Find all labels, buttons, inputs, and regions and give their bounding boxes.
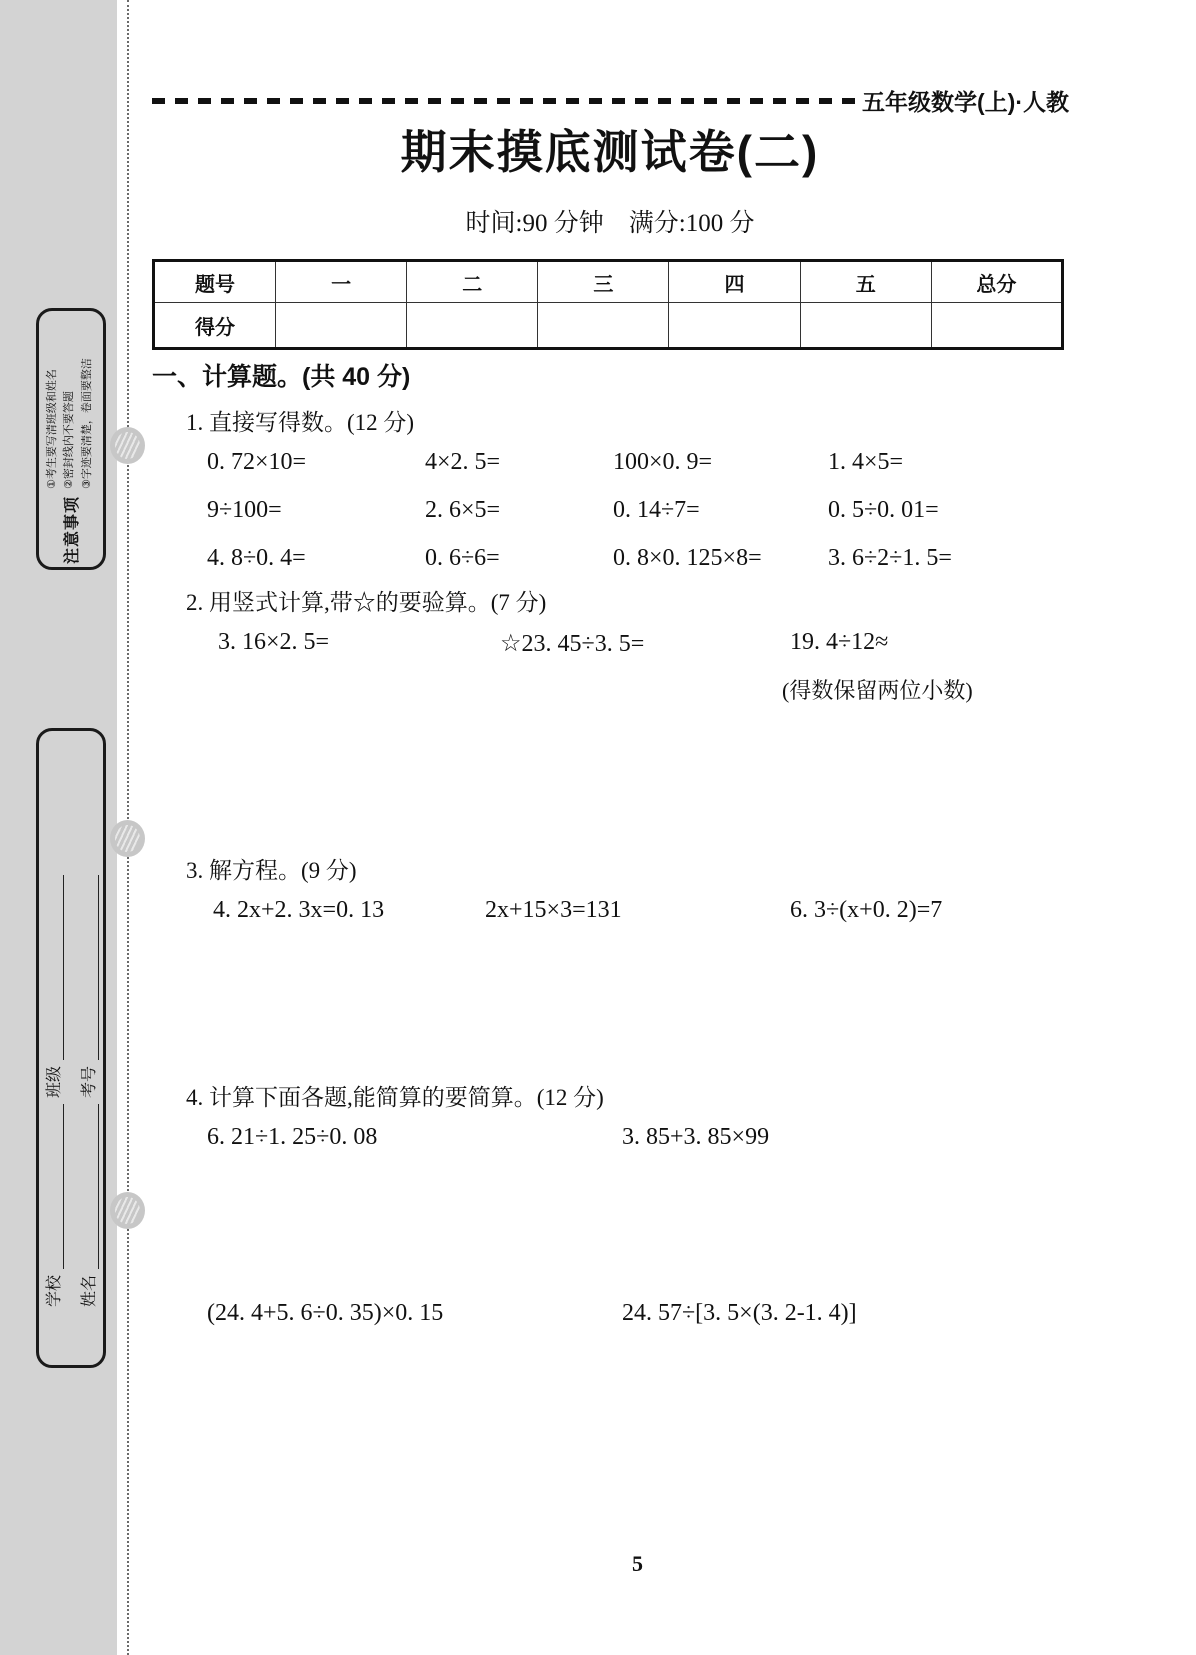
dashed-rule bbox=[152, 98, 857, 104]
q4-expression-row2: (24. 4+5. 6÷0. 35)×0. 15 24. 57÷[3. 5×(3… bbox=[207, 1300, 857, 1327]
equation: 2x+15×3=131 bbox=[485, 897, 790, 924]
score-cell bbox=[276, 303, 407, 349]
score-table-header-cell: 四 bbox=[669, 261, 800, 303]
score-table-header-cell: 一 bbox=[276, 261, 407, 303]
notice-item: ①考生要写清班级和姓名 bbox=[44, 358, 61, 489]
score-cell bbox=[538, 303, 669, 349]
score-table-header-row: 题号 一 二 三 四 五 总分 bbox=[154, 261, 1063, 303]
score-cell bbox=[407, 303, 538, 349]
exam-no-blank-line bbox=[80, 875, 99, 1060]
math-expression: ☆23. 45÷3. 5= bbox=[500, 629, 790, 658]
header-rule: 五年级数学(上)·人教 bbox=[152, 84, 1069, 117]
school-field-label: 学校 bbox=[41, 1275, 64, 1307]
score-table: 题号 一 二 三 四 五 总分 得分 bbox=[152, 259, 1064, 350]
equation: 4. 2x+2. 3x=0. 13 bbox=[213, 897, 485, 924]
math-expression: 4×2. 5= bbox=[425, 449, 613, 476]
math-expression: 3. 16×2. 5= bbox=[218, 629, 500, 658]
exam-subtitle: 时间:90 分钟 满分:100 分 bbox=[152, 203, 1068, 239]
math-expression: 0. 5÷0. 01= bbox=[828, 497, 952, 524]
math-expression: 0. 14÷7= bbox=[613, 497, 828, 524]
math-expression: 9÷100= bbox=[207, 497, 425, 524]
score-table-score-row: 得分 bbox=[154, 303, 1063, 349]
seal-stamp-icon bbox=[110, 427, 145, 464]
math-expression: (24. 4+5. 6÷0. 35)×0. 15 bbox=[207, 1300, 622, 1327]
q1-label: 1. 直接写得数。(12 分) bbox=[186, 404, 414, 437]
q4-label: 4. 计算下面各题,能简算的要简算。(12 分) bbox=[186, 1079, 604, 1112]
math-expression: 0. 6÷6= bbox=[425, 545, 613, 572]
name-field-label: 姓名 bbox=[76, 1275, 99, 1307]
score-cell bbox=[669, 303, 800, 349]
math-expression: 3. 85+3. 85×99 bbox=[622, 1124, 769, 1151]
q2-label: 2. 用竖式计算,带☆的要验算。(7 分) bbox=[186, 584, 546, 617]
equation: 6. 3÷(x+0. 2)=7 bbox=[790, 897, 942, 924]
section-one-heading: 一、计算题。(共 40 分) bbox=[152, 357, 410, 393]
notice-box: 注意事项 ①考生要写清班级和姓名 ②密封线内不要答题 ③字迹要清楚，卷面要整洁 bbox=[36, 308, 106, 570]
school-blank-line bbox=[45, 1104, 64, 1269]
seal-stamp-icon bbox=[110, 1192, 145, 1229]
seal-stamp-icon bbox=[110, 820, 145, 857]
score-table-header-cell: 三 bbox=[538, 261, 669, 303]
score-cell bbox=[931, 303, 1062, 349]
math-expression: 0. 8×0. 125×8= bbox=[613, 545, 828, 572]
class-blank-line bbox=[45, 875, 64, 1060]
exam-no-field-label: 考号 bbox=[76, 1066, 99, 1098]
q2-expression-grid: 3. 16×2. 5= ☆23. 45÷3. 5= 19. 4÷12≈ bbox=[218, 629, 888, 658]
notice-item: ②密封线内不要答题 bbox=[61, 358, 78, 489]
score-cell bbox=[800, 303, 931, 349]
class-field-label: 班级 bbox=[41, 1066, 64, 1098]
q4-expression-row1: 6. 21÷1. 25÷0. 08 3. 85+3. 85×99 bbox=[207, 1124, 769, 1151]
math-expression: 6. 21÷1. 25÷0. 08 bbox=[207, 1124, 622, 1151]
q3-equation-grid: 4. 2x+2. 3x=0. 13 2x+15×3=131 6. 3÷(x+0.… bbox=[213, 897, 942, 924]
notice-item: ③字迹要清楚，卷面要整洁 bbox=[79, 358, 96, 489]
math-expression: 4. 8÷0. 4= bbox=[207, 545, 425, 572]
student-info-box: 学校 班级 姓名 考号 bbox=[36, 728, 106, 1368]
math-expression: 3. 6÷2÷1. 5= bbox=[828, 545, 952, 572]
page-number: 5 bbox=[152, 1551, 1068, 1577]
score-table-header-cell: 题号 bbox=[154, 261, 276, 303]
math-expression: 1. 4×5= bbox=[828, 449, 952, 476]
score-label-cell: 得分 bbox=[154, 303, 276, 349]
exam-title: 期末摸底测试卷(二) bbox=[152, 116, 1068, 182]
q3-label: 3. 解方程。(9 分) bbox=[186, 852, 357, 885]
rounding-note: (得数保留两位小数) bbox=[782, 674, 973, 705]
score-table-header-cell: 五 bbox=[800, 261, 931, 303]
math-expression: 24. 57÷[3. 5×(3. 2-1. 4)] bbox=[622, 1300, 857, 1327]
score-table-header-cell: 二 bbox=[407, 261, 538, 303]
q1-expression-grid: 0. 72×10= 4×2. 5= 100×0. 9= 1. 4×5= 9÷10… bbox=[207, 449, 952, 572]
name-blank-line bbox=[80, 1104, 99, 1269]
notice-title: 注意事项 bbox=[59, 496, 82, 564]
math-expression: 2. 6×5= bbox=[425, 497, 613, 524]
score-table-header-cell: 总分 bbox=[931, 261, 1062, 303]
math-expression: 19. 4÷12≈ bbox=[790, 629, 888, 658]
math-expression: 0. 72×10= bbox=[207, 449, 425, 476]
math-expression: 100×0. 9= bbox=[613, 449, 828, 476]
page-edition: 五年级数学(上)·人教 bbox=[862, 84, 1069, 117]
